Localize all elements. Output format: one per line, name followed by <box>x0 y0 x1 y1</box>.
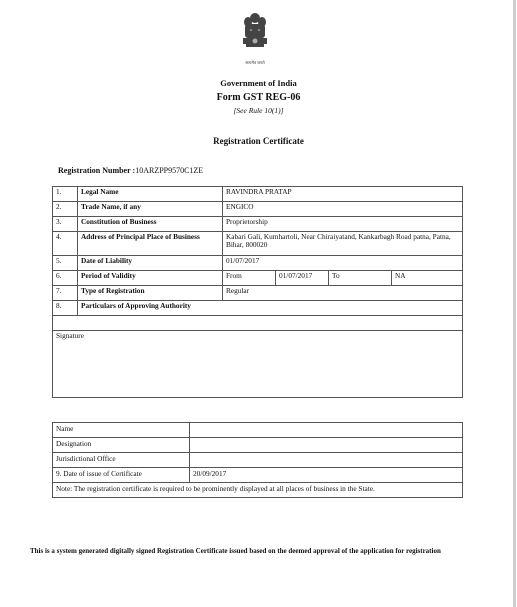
system-generated-notice: This is a system generated digitally sig… <box>30 546 470 557</box>
approval-table: Name Designation Jurisdictional Office 9… <box>52 422 463 498</box>
jurisdictional-office-value <box>190 453 463 468</box>
row-label: Particulars of Approving Authority <box>78 301 463 316</box>
rule-reference: [See Rule 10(1)] <box>0 106 517 115</box>
address-value: Kabari Gali, Kumhartoli, Near Chiraiyata… <box>223 232 463 256</box>
name-label: Name <box>53 423 190 438</box>
row-number: 3. <box>53 217 78 232</box>
row-number: 7. <box>53 286 78 301</box>
table-row: 9. Date of issue of Certificate 20/09/20… <box>53 468 463 483</box>
national-emblem-icon <box>237 10 273 62</box>
registration-number-label: Registration Number : <box>58 166 135 175</box>
row-number: 5. <box>53 256 78 271</box>
name-value <box>190 423 463 438</box>
table-row: 3. Constitution of Business Proprietorsh… <box>53 217 463 232</box>
table-row: 8. Particulars of Approving Authority <box>53 301 463 316</box>
row-label: Legal Name <box>78 187 223 202</box>
table-row: Designation <box>53 438 463 453</box>
display-note: Note: The registration certificate is re… <box>53 483 463 498</box>
signature-row: Signature <box>53 331 463 398</box>
registration-number: Registration Number :10ARZPP9570C1ZE <box>58 166 203 175</box>
registration-number-value: 10ARZPP9570C1ZE <box>135 166 203 175</box>
validity-from-label: From <box>223 271 276 286</box>
row-label: Date of Liability <box>78 256 223 271</box>
row-number: 1. <box>53 187 78 202</box>
table-row: 4. Address of Principal Place of Busines… <box>53 232 463 256</box>
table-row: 2. Trade Name, if any ENGICO <box>53 202 463 217</box>
table-row: Note: The registration certificate is re… <box>53 483 463 498</box>
row-number: 8. <box>53 301 78 316</box>
government-heading: Government of India <box>0 78 517 88</box>
table-row: Jurisdictional Office <box>53 453 463 468</box>
validity-to-value: NA <box>392 271 463 286</box>
legal-name-value: RAVINDRA PRATAP <box>223 187 463 202</box>
jurisdictional-office-label: Jurisdictional Office <box>53 453 190 468</box>
row-label: Constitution of Business <box>78 217 223 232</box>
row-label: Trade Name, if any <box>78 202 223 217</box>
issue-date-value: 20/09/2017 <box>190 468 463 483</box>
validity-from-value: 01/07/2017 <box>276 271 329 286</box>
registration-type-value: Regular <box>223 286 463 301</box>
designation-value <box>190 438 463 453</box>
form-number: Form GST REG-06 <box>0 92 517 103</box>
emblem-motto: सत्यमेव जयते <box>230 60 280 66</box>
row-number: 2. <box>53 202 78 217</box>
row-label: Address of Principal Place of Business <box>78 232 223 256</box>
row-label: Period of Validity <box>78 271 223 286</box>
certificate-title: Registration Certificate <box>0 136 517 146</box>
table-row: 7. Type of Registration Regular <box>53 286 463 301</box>
row-number: 6. <box>53 271 78 286</box>
validity-to-label: To <box>329 271 392 286</box>
row-number: 4. <box>53 232 78 256</box>
blank-row <box>53 316 463 331</box>
trade-name-value: ENGICO <box>223 202 463 217</box>
constitution-value: Proprietorship <box>223 217 463 232</box>
table-row: 1. Legal Name RAVINDRA PRATAP <box>53 187 463 202</box>
table-row: Name <box>53 423 463 438</box>
row-label: Type of Registration <box>78 286 223 301</box>
liability-date-value: 01/07/2017 <box>223 256 463 271</box>
table-row: 5. Date of Liability 01/07/2017 <box>53 256 463 271</box>
certificate-table: 1. Legal Name RAVINDRA PRATAP 2. Trade N… <box>52 186 463 398</box>
issue-date-label: 9. Date of issue of Certificate <box>53 468 190 483</box>
table-row: 6. Period of Validity From 01/07/2017 To… <box>53 271 463 286</box>
blank-cell <box>53 316 463 331</box>
signature-label: Signature <box>53 331 463 398</box>
designation-label: Designation <box>53 438 190 453</box>
